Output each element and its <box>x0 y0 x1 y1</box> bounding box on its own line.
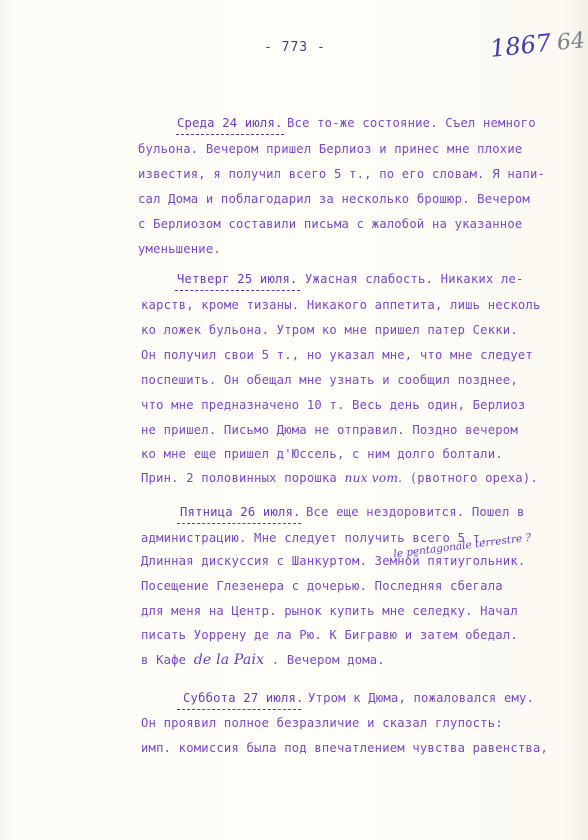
handwritten-insert: de la Paix <box>194 652 264 668</box>
entry-date-saturday: Суббота 27 июля. <box>183 691 304 705</box>
entry-line: карств, кроме тизаны. Никакого аппетита,… <box>141 298 541 312</box>
entry-line: писать Уоррену де ла Рю. К Бигравю и зат… <box>141 628 518 642</box>
entry-date-friday: Пятница 26 июля. <box>180 505 301 519</box>
line-text: в Кафе <box>141 653 194 667</box>
entry-line: Утром к Дюма, пожаловался ему. <box>308 691 534 705</box>
entry-line: Он получил свои 5 т., но указал мне, что… <box>141 348 533 362</box>
line-text: . Вечером дома. <box>264 653 385 667</box>
entry-line: ко ложек бульона. Утром ко мне пришел па… <box>141 323 518 337</box>
entry-line: уменьшение. <box>138 242 221 256</box>
entry-line: бульона. Вечером пришел Берлиоз и принес… <box>138 142 522 156</box>
archive-folio: 1867 <box>489 29 553 63</box>
entry-line: поспешить. Он обещал мне узнать и сообщи… <box>141 373 518 387</box>
entry-line: сал Дома и поблагодарил за несколько бро… <box>138 192 530 206</box>
entry-line: в Кафе de la Paix . Вечером дома. <box>141 652 385 668</box>
archive-number: 186764 <box>489 25 586 63</box>
line-text: (рвотного ореха). <box>402 471 538 485</box>
entry-line: Длинная дискуссия с Шанкуртом. Земной пя… <box>141 554 525 568</box>
entry-line: что мне предназначено 10 т. Весь день од… <box>141 398 525 412</box>
entry-line: для меня на Центр. рынок купить мне селе… <box>141 604 518 618</box>
page-number: - 773 - <box>264 40 326 55</box>
entry-line: имп. комиссия была под впечатлением чувс… <box>141 741 548 755</box>
entry-line: Ужасная слабость. Никаких ле- <box>305 272 524 286</box>
handwritten-insert: nux vom. <box>345 471 403 485</box>
entry-line: Он проявил полное безразличие и сказал г… <box>141 716 503 730</box>
line-text: Прин. 2 половинных порошка <box>141 471 345 485</box>
date-underline <box>175 290 300 291</box>
entry-line: с Берлиозом составили письма с жалобой н… <box>138 217 522 231</box>
sheet-number: 64 <box>556 28 586 56</box>
entry-date-wednesday: Среда 24 июля. <box>177 116 283 130</box>
entry-line: ко мне еще пришел д'Юссель, с ним долго … <box>141 447 503 461</box>
entry-date-thursday: Четверг 25 июля. <box>177 272 298 286</box>
date-underline <box>177 709 301 710</box>
entry-line: Прин. 2 половинных порошка nux vom. (рво… <box>141 471 538 485</box>
entry-line: Посещение Глезенера с дочерью. Последняя… <box>141 579 503 593</box>
entry-line: известия, я получил всего 5 т., по его с… <box>138 167 545 181</box>
entry-line: Все то-же состояние. Съел немного <box>287 116 536 130</box>
entry-line: не пришел. Письмо Дюма не отправил. Позд… <box>141 423 518 437</box>
date-underline <box>176 134 284 135</box>
document-page: - 773 - 186764 Среда 24 июля. Все то-же … <box>0 0 588 840</box>
date-underline <box>177 523 301 524</box>
entry-line: Все еще нездоровится. Пошел в <box>306 505 525 519</box>
